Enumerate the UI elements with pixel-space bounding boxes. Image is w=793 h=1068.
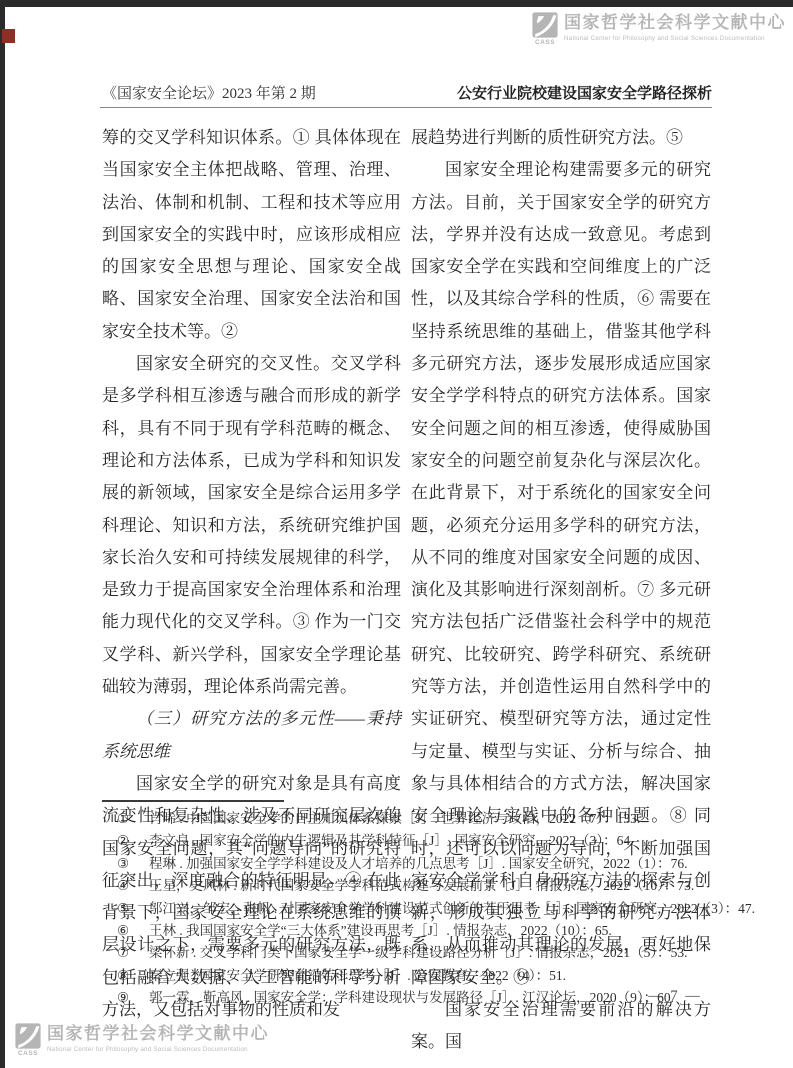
footnote: ④ 王星，史风林 . 新时代国家安全学学科范式构建与发展前景［J］. 情报杂志，… <box>117 875 772 897</box>
footnote: ⑧ 秦立强 . 国家安全学研究前沿若干思考［J］. 公安教育，2022（4）：5… <box>117 965 772 987</box>
footnote-text: 王星，史风林 . 新时代国家安全学学科范式构建与发展前景［J］. 情报杂志，20… <box>149 875 772 897</box>
footnote-number: ② <box>117 830 137 852</box>
paragraph: 国家安全研究的交叉性。交叉学科是多学科相互渗透与融合而形成的新学科，具有不同于现… <box>102 348 401 703</box>
journal-issue-label: 《国家安全论坛》2023 年第 2 期 <box>102 82 316 103</box>
header-rule <box>100 107 712 108</box>
cass-abbr-label: CASS <box>18 1050 38 1057</box>
footnote-text: 李文良 . 国家安全学的内生逻辑及其学科特征［J］. 国家安全研究，2022（3… <box>149 830 772 852</box>
footnote-number: ⑦ <box>117 942 137 964</box>
scan-edge-left <box>0 0 5 1068</box>
footnote: ⑦ 梁怀新 . 交叉学科门类下国家安全学一级学科建设路径分析［J］. 情报杂志，… <box>117 942 772 964</box>
cass-logo-cn: 国家哲学社会科学文献中心 <box>564 12 786 33</box>
page-number: — 7 — <box>630 988 720 1005</box>
cass-logo-en: National Center for Philosophy and Socia… <box>564 35 786 42</box>
footnote-text: 肖晞 . 中国国家安全学的自主知识体系探索［J］. 世界经济与政治，2022（7… <box>149 808 772 830</box>
footnote-number: ⑤ <box>117 898 137 920</box>
paragraph-continuation: 筹的交叉学科知识体系。① 具体体现在当国家安全主体把战略、管理、治理、法治、体制… <box>102 122 401 348</box>
cass-logo-icon-column: CASS <box>532 12 558 46</box>
cass-logo-cn: 国家哲学社会科学文献中心 <box>47 1023 269 1044</box>
cass-icon <box>15 1023 41 1049</box>
footnote-text: 邬江兴，邹宏，张帆 . 对国家安全学学科建设范式创新的若干思考［J］. 国家安全… <box>149 898 772 920</box>
footnote-separator <box>102 800 284 802</box>
footnote-text: 秦立强 . 国家安全学研究前沿若干思考［J］. 公安教育，2022（4）：51. <box>149 965 772 987</box>
red-bookmark-mark <box>2 29 15 43</box>
cass-logo-icon-column: CASS <box>15 1023 41 1057</box>
cass-logo-top: CASS 国家哲学社会科学文献中心 National Center for Ph… <box>532 12 786 46</box>
footnote: ③ 程琳 . 加强国家安全学学科建设及人才培养的几点思考［J］. 国家安全研究，… <box>117 853 772 875</box>
footnote-number: ④ <box>117 875 137 897</box>
footnote: ① 肖晞 . 中国国家安全学的自主知识体系探索［J］. 世界经济与政治，2022… <box>117 808 772 830</box>
cass-logo-bottom: CASS 国家哲学社会科学文献中心 National Center for Ph… <box>15 1023 269 1057</box>
cass-logo-text: 国家哲学社会科学文献中心 National Center for Philoso… <box>564 12 786 42</box>
footnote-text: 程琳 . 加强国家安全学学科建设及人才培养的几点思考［J］. 国家安全研究，20… <box>149 853 772 875</box>
footnote: ⑥ 王林 . 我国国家安全学“三大体系”建设再思考［J］. 情报杂志，2022（… <box>117 920 772 942</box>
footnote-number: ⑨ <box>117 987 137 1009</box>
footnote-number: ⑧ <box>117 965 137 987</box>
article-title: 公安行业院校建设国家安全学路径探析 <box>457 82 712 103</box>
cass-icon <box>532 12 558 38</box>
footnote: ⑤ 邬江兴，邹宏，张帆 . 对国家安全学学科建设范式创新的若干思考［J］. 国家… <box>117 898 772 920</box>
section-heading: （三）研究方法的多元性——秉持系统思维 <box>102 703 401 768</box>
footnote-text: 王林 . 我国国家安全学“三大体系”建设再思考［J］. 情报杂志，2022（10… <box>149 920 772 942</box>
cass-logo-en: National Center for Philosophy and Socia… <box>47 1046 269 1053</box>
footnote-number: ① <box>117 808 137 830</box>
footnote-number: ⑥ <box>117 920 137 942</box>
footnote-text: 梁怀新 . 交叉学科门类下国家安全学一级学科建设路径分析［J］. 情报杂志，20… <box>149 942 772 964</box>
document-page: CASS 国家哲学社会科学文献中心 National Center for Ph… <box>0 0 793 1068</box>
footnote: ② 李文良 . 国家安全学的内生逻辑及其学科特征［J］. 国家安全研究，2022… <box>117 830 772 852</box>
scan-edge-top <box>0 0 793 7</box>
paragraph-continuation: 展趋势进行判断的质性研究方法。⑤ <box>411 122 711 154</box>
footnote-number: ③ <box>117 853 137 875</box>
cass-abbr-label: CASS <box>535 39 555 46</box>
cass-logo-text: 国家哲学社会科学文献中心 National Center for Philoso… <box>47 1023 269 1053</box>
footnotes: ① 肖晞 . 中国国家安全学的自主知识体系探索［J］. 世界经济与政治，2022… <box>117 808 772 1010</box>
page-header: 《国家安全论坛》2023 年第 2 期 公安行业院校建设国家安全学路径探析 <box>102 82 712 103</box>
